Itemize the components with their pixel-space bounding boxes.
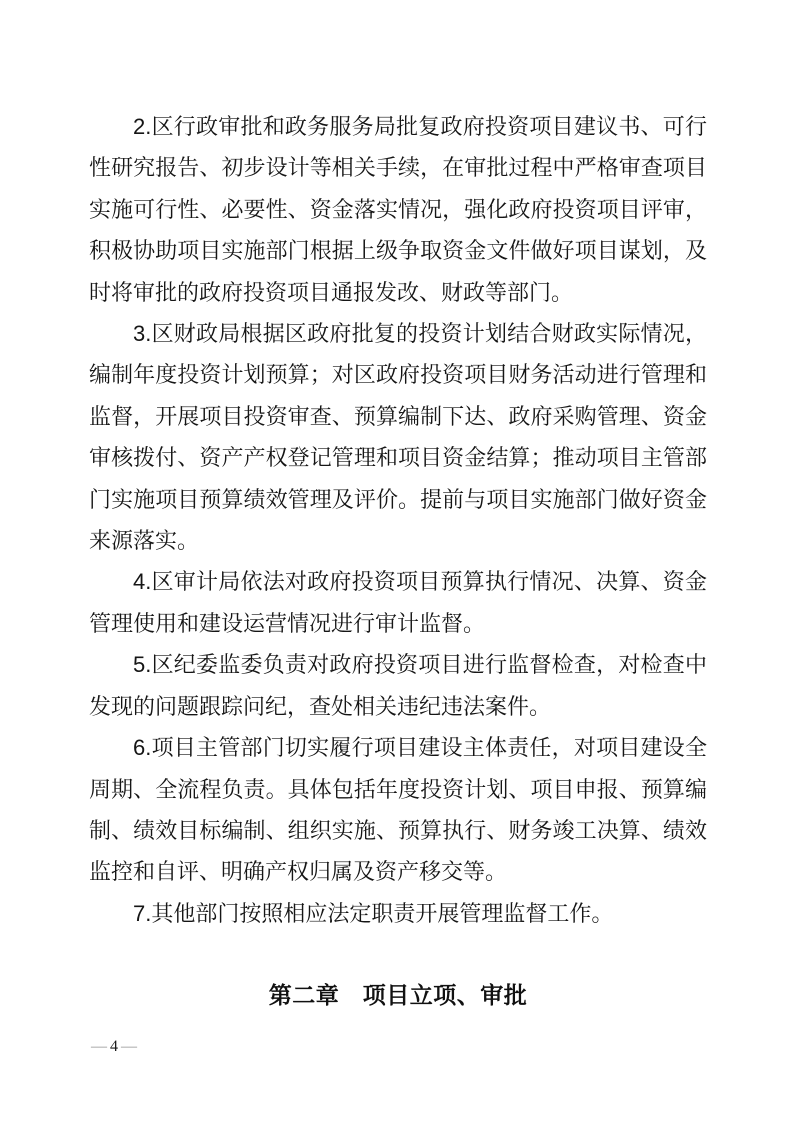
document-body: 2.区行政审批和政务服务局批复政府投资项目建议书、可行性研究报告、初步设计等相关… bbox=[89, 106, 707, 1017]
paragraph-4: 4.区审计局依法对政府投资项目预算执行情况、决算、资金管理使用和建设运营情况进行… bbox=[89, 561, 707, 644]
paragraph-2: 2.区行政审批和政务服务局批复政府投资项目建议书、可行性研究报告、初步设计等相关… bbox=[89, 106, 707, 313]
paragraph-5: 5.区纪委监委负责对政府投资项目进行监督检查，对检查中发现的问题跟踪问纪，查处相… bbox=[89, 644, 707, 727]
paragraph-3: 3.区财政局根据区政府批复的投资计划结合财政实际情况，编制年度投资计划预算；对区… bbox=[89, 313, 707, 561]
chapter-heading: 第二章 项目立项、审批 bbox=[89, 975, 707, 1016]
paragraph-7: 7.其他部门按照相应法定职责开展管理监督工作。 bbox=[89, 893, 707, 934]
page-number: — 4 — bbox=[91, 1037, 137, 1057]
page-number-value: 4 bbox=[110, 1037, 118, 1057]
paragraph-6: 6.项目主管部门切实履行项目建设主体责任，对项目建设全周期、全流程负责。具体包括… bbox=[89, 727, 707, 893]
document-page: 2.区行政审批和政务服务局批复政府投资项目建议书、可行性研究报告、初步设计等相关… bbox=[0, 0, 793, 1122]
page-number-dash-right: — bbox=[121, 1037, 137, 1057]
page-number-dash-left: — bbox=[91, 1037, 107, 1057]
